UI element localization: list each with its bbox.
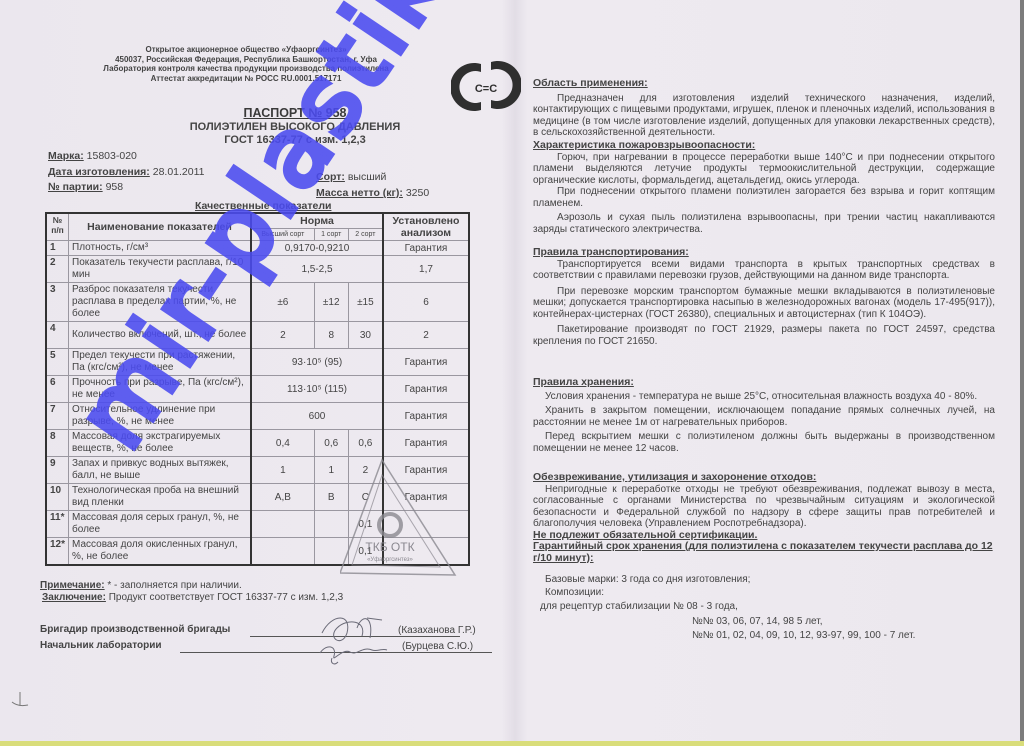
date-value: 28.01.2011 (153, 166, 205, 178)
svg-text:ТКБ ОТК: ТКБ ОТК (365, 540, 414, 554)
table-row: 7Относительное удлинение при разрыве, %,… (46, 403, 469, 430)
section-fire-hazard: Характеристика пожаровзрывоопасности: Го… (533, 140, 995, 235)
analysis-result: 1,7 (383, 256, 469, 283)
product-name: ПОЛИЭТИЛЕН ВЫСОКОГО ДАВЛЕНИЯ (150, 121, 440, 134)
norm-top-sort: 0,4 (251, 430, 314, 457)
storage-paragraph-2: Хранить в закрытом помещении, исключающе… (533, 405, 995, 428)
indicator-name: Количество включений, шт., не более (69, 322, 252, 349)
col-norm-header: Норма (251, 213, 383, 229)
batch-label: № партии: (48, 181, 103, 193)
norm-value: 0,9170-0,9210 (251, 241, 383, 256)
indicator-name: Показатель текучести расплава, г/10 мин (69, 256, 252, 283)
otk-stamp: ТКБ ОТК «Уфаоргсинтез» (340, 455, 460, 580)
signature-foreman-name: (Казаханова Г.Р.) (398, 625, 476, 636)
fire-paragraph-1: Горюч, при нагревании в процессе перераб… (533, 152, 995, 187)
sort-field: Сорт: высший (316, 171, 386, 183)
warranty-heading: Гарантийный срок хранения (для полиэтиле… (533, 541, 995, 564)
norm-top-sort: ±6 (251, 283, 314, 322)
transport-paragraph-3: Пакетирование производят по ГОСТ 21929, … (533, 324, 995, 347)
indicator-name: Прочность при разрыве, Па (кгс/см²), не … (69, 376, 252, 403)
norm-value: 1,5-2,5 (251, 256, 383, 283)
norm-top-sort: 1 (251, 457, 314, 484)
indicator-name: Запах и привкус водных вытяжек, балл, не… (69, 457, 252, 484)
analysis-result: Гарантия (383, 241, 469, 256)
table-row: 1Плотность, г/см³0,9170-0,9210Гарантия (46, 241, 469, 256)
grade-label: Марка: (48, 150, 84, 162)
batch-value: 958 (106, 181, 124, 193)
analysis-result: Гарантия (383, 349, 469, 376)
waste-heading: Обезвреживание, утилизация и захоронение… (533, 472, 995, 484)
row-number: 8 (46, 430, 69, 457)
storage-paragraph-3: Перед вскрытием мешки с полиэтиленом дол… (533, 431, 995, 454)
grade-field: Марка: 15803-020 (48, 150, 137, 162)
mass-field: Масса нетто (кг): 3250 (316, 187, 429, 199)
col-num-header: № п/п (46, 213, 69, 241)
table-row: 3Разброс показателя текучести расплава в… (46, 283, 469, 322)
grade-value: 15803-020 (87, 150, 137, 162)
table-row: 2Показатель текучести расплава, г/10 мин… (46, 256, 469, 283)
analysis-result: Гарантия (383, 430, 469, 457)
org-accreditation: Аттестат аккредитации № РОСС RU.0001.517… (84, 74, 408, 84)
signature-lab-head-name: (Бурцева С.Ю.) (402, 641, 473, 652)
page-edge (1020, 0, 1024, 746)
fire-paragraph-2: При поднесении открытого пламени полиэти… (533, 186, 995, 209)
row-number: 5 (46, 349, 69, 376)
section-waste: Обезвреживание, утилизация и захоронение… (533, 472, 995, 564)
row-number: 1 (46, 241, 69, 256)
warranty-line-3: для рецептур стабилизации № 08 - 3 года, (540, 601, 738, 612)
indicator-name: Массовая доля серых гранул, %, не более (69, 511, 252, 538)
remark-text: * - заполняется при наличии. (107, 580, 241, 591)
norm-top-sort (251, 511, 314, 538)
analysis-result: 6 (383, 283, 469, 322)
pen-mark-icon (10, 690, 30, 710)
org-name: Открытое акционерное общество «Уфаоргсин… (84, 45, 408, 55)
warranty-line-5: №№ 01, 02, 04, 09, 10, 12, 93-97, 99, 10… (692, 630, 915, 641)
organization-header: Открытое акционерное общество «Уфаоргсин… (84, 45, 408, 83)
norm-value: 113·10⁵ (115) (251, 376, 383, 403)
conclusion-text: Продукт соответствует ГОСТ 16337-77 с из… (109, 592, 343, 603)
svg-text:C=C: C=C (475, 83, 497, 95)
row-number: 4 (46, 322, 69, 349)
date-field: Дата изготовления: 28.01.2011 (48, 166, 205, 178)
scope-heading: Область применения: (533, 78, 995, 90)
row-number: 10 (46, 484, 69, 511)
sort-label: Сорт: (316, 171, 345, 183)
indicator-name: Плотность, г/см³ (69, 241, 252, 256)
warranty-line-1: Базовые марки: 3 года со дня изготовлени… (545, 574, 750, 585)
conclusion-label: Заключение: (42, 592, 106, 603)
waste-paragraph: Непригодные к переработке отходы не треб… (533, 484, 995, 530)
handwritten-signature (312, 608, 392, 666)
norm-top-sort: 2 (251, 322, 314, 349)
table-caption: Качественные показатели (195, 200, 331, 212)
section-storage: Правила хранения: Условия хранения - тем… (533, 377, 995, 454)
storage-heading: Правила хранения: (533, 377, 995, 389)
norm-sort-1: 0,6 (314, 430, 348, 457)
mass-value: 3250 (406, 187, 429, 199)
col-sort2-header: 2 сорт (348, 229, 383, 241)
passport-title: ПАСПОРТ № 958 (150, 105, 440, 121)
org-lab: Лаборатория контроля качества продукции … (84, 64, 408, 74)
indicator-name: Предел текучести при растяжении, Па (кгс… (69, 349, 252, 376)
analysis-result: Гарантия (383, 403, 469, 430)
col-sort1-header: 1 сорт (314, 229, 348, 241)
row-number: 6 (46, 376, 69, 403)
signature-foreman-role: Бригадир производственной бригады (40, 624, 230, 635)
indicator-name: Технологическая проба на внешний вид пле… (69, 484, 252, 511)
remark-label: Примечание: (40, 580, 105, 591)
signature-lab-head-role: Начальник лаборатории (40, 640, 162, 651)
indicator-name: Разброс показателя текучести расплава в … (69, 283, 252, 322)
storage-paragraph-1: Условия хранения - температура не выше 2… (533, 391, 995, 403)
indicator-name: Массовая доля окисленных гранул, %, не б… (69, 538, 252, 566)
svg-text:«Уфаоргсинтез»: «Уфаоргсинтез» (367, 557, 413, 563)
norm-sort-1: ±12 (314, 283, 348, 322)
norm-value: 93·10⁵ (95) (251, 349, 383, 376)
row-number: 2 (46, 256, 69, 283)
norm-sort-2: 30 (348, 322, 383, 349)
indicator-name: Массовая доля экстрагируемых веществ, %,… (69, 430, 252, 457)
section-transport: Правила транспортирования: Транспортируе… (533, 247, 995, 347)
analysis-result: 2 (383, 322, 469, 349)
norm-top-sort (251, 538, 314, 566)
table-row: 6Прочность при разрыве, Па (кгс/см²), не… (46, 376, 469, 403)
row-number: 3 (46, 283, 69, 322)
warranty-line-2: Композиции: (545, 587, 604, 598)
indicator-name: Относительное удлинение при разрыве, %, … (69, 403, 252, 430)
row-number: 9 (46, 457, 69, 484)
batch-field: № партии: 958 (48, 181, 123, 193)
norm-top-sort: А,В (251, 484, 314, 511)
norm-value: 600 (251, 403, 383, 430)
scan-edge-strip (0, 741, 1024, 746)
table-row: 4Количество включений, шт., не более2830… (46, 322, 469, 349)
norm-sort-2: ±15 (348, 283, 383, 322)
fire-heading: Характеристика пожаровзрывоопасности: (533, 140, 995, 152)
c-equals-c-logo-icon: C=C (451, 56, 521, 116)
row-number: 7 (46, 403, 69, 430)
org-address: 450037, Российская Федерация, Республика… (84, 55, 408, 65)
row-number: 12* (46, 538, 69, 566)
warranty-line-4: №№ 03, 06, 07, 14, 98 5 лет, (692, 616, 823, 627)
product-standard: ГОСТ 16337-77 с изм. 1,2,3 (150, 134, 440, 147)
analysis-result: Гарантия (383, 376, 469, 403)
fire-paragraph-3: Аэрозоль и сухая пыль полиэтилена взрыво… (533, 212, 995, 235)
passport-title-block: ПАСПОРТ № 958 ПОЛИЭТИЛЕН ВЫСОКОГО ДАВЛЕН… (150, 105, 440, 147)
norm-sort-1: 8 (314, 322, 348, 349)
table-row: 5Предел текучести при растяжении, Па (кг… (46, 349, 469, 376)
conclusion: Заключение: Продукт соответствует ГОСТ 1… (42, 592, 343, 603)
date-label: Дата изготовления: (48, 166, 150, 178)
col-top-sort-header: Высший сорт (251, 229, 314, 241)
scanned-document: Открытое акционерное общество «Уфаоргсин… (0, 0, 1024, 746)
col-result-header: Установлено анализом (383, 213, 469, 241)
table-row: 8Массовая доля экстрагируемых веществ, %… (46, 430, 469, 457)
scope-text: Предназначен для изготовления изделий те… (533, 93, 995, 139)
transport-paragraph-2: При перевозке морским транспортом бумажн… (533, 286, 995, 321)
section-scope: Область применения: Предназначен для изг… (533, 78, 995, 139)
row-number: 11* (46, 511, 69, 538)
norm-sort-2: 0,6 (348, 430, 383, 457)
col-name-header: Наименование показателей (69, 213, 252, 241)
sort-value: высший (348, 171, 387, 183)
mass-label: Масса нетто (кг): (316, 187, 403, 199)
remark: Примечание: * - заполняется при наличии. (40, 580, 242, 591)
transport-paragraph-1: Транспортируется всеми видами транспорта… (533, 259, 995, 282)
transport-heading: Правила транспортирования: (533, 247, 995, 259)
